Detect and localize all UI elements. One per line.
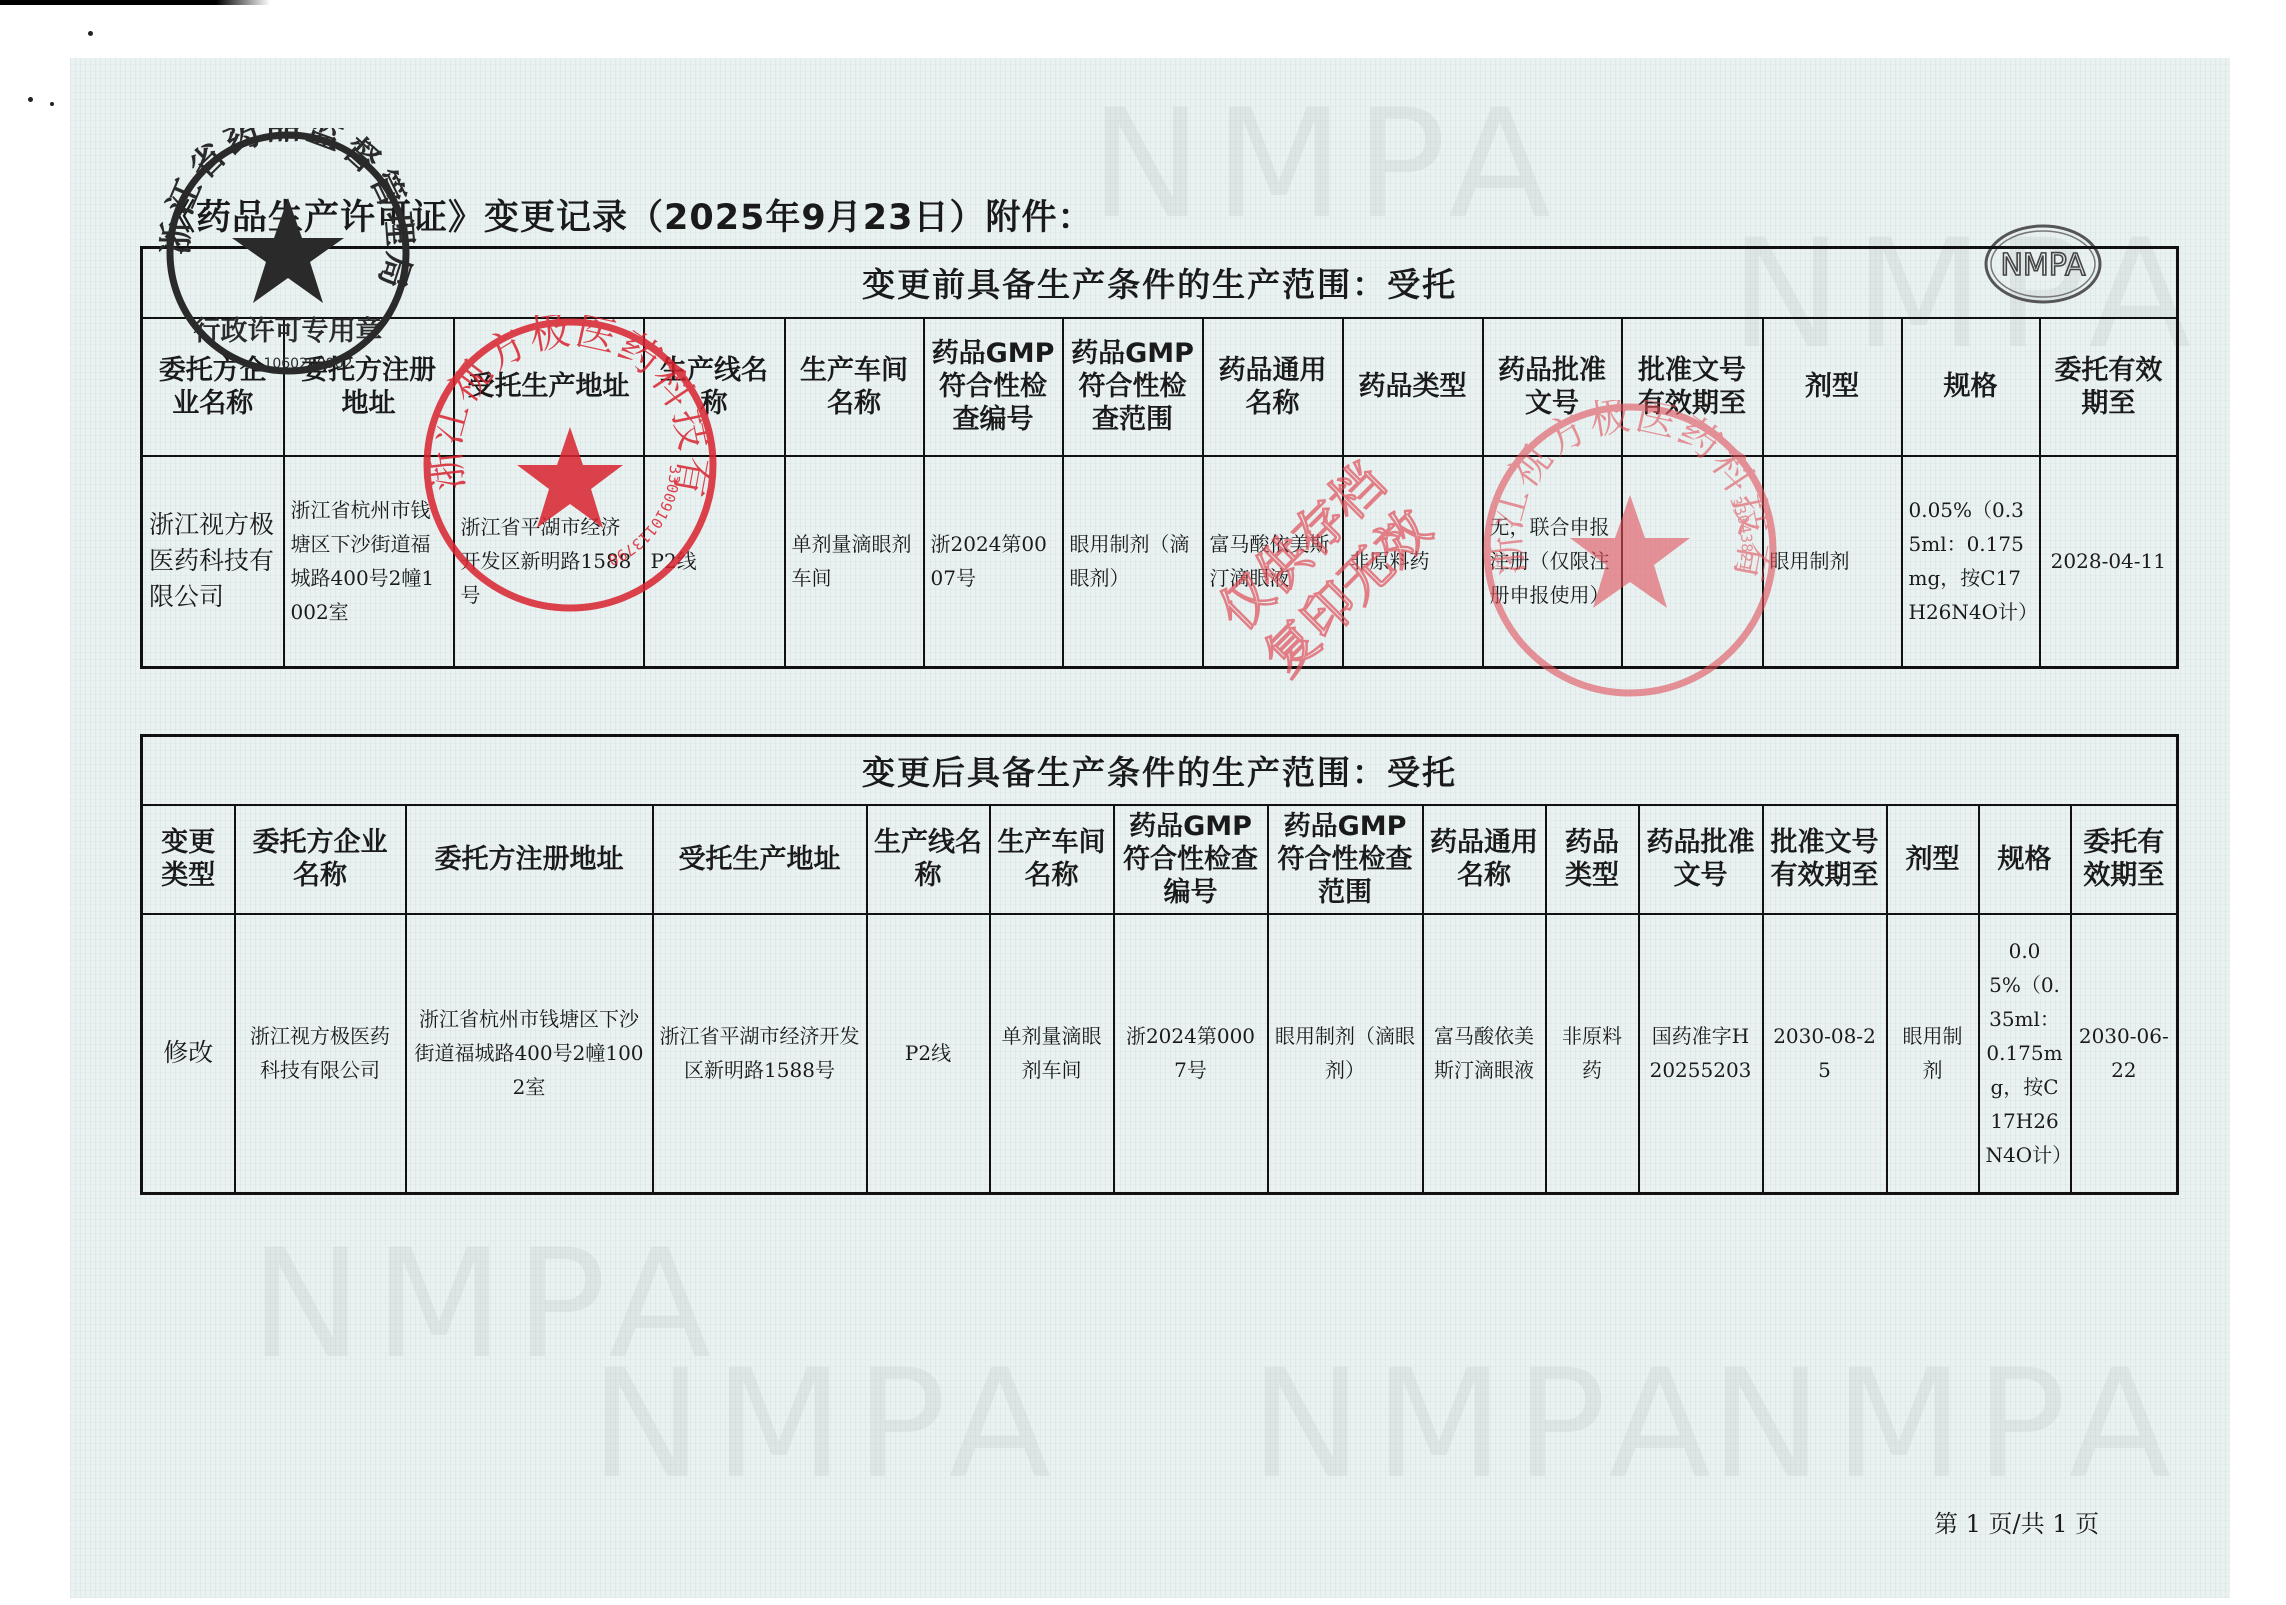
column-header: 受托生产地址 — [454, 318, 644, 456]
column-header: 药品GMP符合性检查编号 — [1114, 805, 1268, 914]
table-cell: 富马酸依美斯汀滴眼液 — [1423, 914, 1546, 1194]
page-number: 第 1 页/共 1 页 — [1934, 1504, 2099, 1539]
watermark: NMPA — [1710, 1338, 2183, 1512]
table-cell: 0.05%（0.35ml：0.175mg，按C17H26N4O计） — [1979, 914, 2071, 1194]
column-header: 规格 — [1979, 805, 2071, 914]
table-cell: 浙江视方极医药科技有限公司 — [142, 456, 284, 668]
column-header: 药品GMP符合性检查范围 — [1268, 805, 1423, 914]
table-cell: 2030-08-25 — [1763, 914, 1887, 1194]
scan-speck — [28, 97, 33, 102]
table-cell: 浙2024第0007号 — [924, 456, 1063, 668]
table-cell: 浙江视方极医药科技有限公司 — [235, 914, 406, 1194]
column-header: 生产车间名称 — [990, 805, 1114, 914]
table-cell: 国药准字H20255203 — [1639, 914, 1763, 1194]
table-cell: 2030-06-22 — [2071, 914, 2178, 1194]
column-header: 药品类型 — [1343, 318, 1483, 456]
table-cell: 非原料药 — [1343, 456, 1483, 668]
column-header: 委托方注册地址 — [406, 805, 653, 914]
column-header: 药品GMP符合性检查范围 — [1063, 318, 1203, 456]
scan-edge — [0, 0, 270, 5]
table-cell — [1622, 456, 1763, 668]
table-cell: 无，联合申报注册（仅限注册申报使用） — [1483, 456, 1622, 668]
table-cell: 2028-04-11 — [2040, 456, 2178, 668]
column-header: 受托生产地址 — [653, 805, 867, 914]
table-cell: 浙江省平湖市经济开发区新明路1588号 — [653, 914, 867, 1194]
column-header: 剂型 — [1887, 805, 1979, 914]
column-header: 委托有效期至 — [2040, 318, 2178, 456]
column-header: 生产车间名称 — [785, 318, 924, 456]
scan-speck — [50, 102, 54, 106]
column-header: 生产线名称 — [644, 318, 785, 456]
table-cell: 浙江省杭州市钱塘区下沙街道福城路400号2幢1002室 — [284, 456, 454, 668]
column-header: 药品GMP符合性检查编号 — [924, 318, 1063, 456]
table-cell: 0.05%（0.35ml：0.175mg，按C17H26N4O计） — [1902, 456, 2040, 668]
column-header: 药品批准文号 — [1483, 318, 1622, 456]
watermark: NMPA — [590, 1338, 1063, 1512]
table-cell: P2线 — [867, 914, 990, 1194]
after-change-table: 变更后具备生产条件的生产范围：受托 变更类型委托方企业名称委托方注册地址受托生产… — [140, 734, 2179, 1195]
table-cell: 浙江省平湖市经济开发区新明路1588号 — [454, 456, 644, 668]
table-row: 浙江视方极医药科技有限公司浙江省杭州市钱塘区下沙街道福城路400号2幢1002室… — [142, 456, 2178, 668]
before-change-table: 变更前具备生产条件的生产范围：受托 委托方企业名称委托方注册地址受托生产地址生产… — [140, 246, 2179, 669]
table-cell: 眼用制剂（滴眼剂） — [1063, 456, 1203, 668]
section-title: 变更前具备生产条件的生产范围：受托 — [142, 248, 2178, 318]
table-cell: 浙2024第0007号 — [1114, 914, 1268, 1194]
column-header: 委托有效期至 — [2071, 805, 2178, 914]
watermark: NMPA — [1090, 78, 1563, 252]
section-title: 变更后具备生产条件的生产范围：受托 — [142, 736, 2178, 805]
table-cell: 非原料药 — [1546, 914, 1639, 1194]
table-cell: 眼用制剂 — [1887, 914, 1979, 1194]
column-header: 药品通用名称 — [1423, 805, 1546, 914]
table-cell: 修改 — [142, 914, 235, 1194]
table-cell: P2线 — [644, 456, 785, 668]
table-cell: 眼用制剂（滴眼剂） — [1268, 914, 1423, 1194]
table-row: 修改浙江视方极医药科技有限公司浙江省杭州市钱塘区下沙街道福城路400号2幢100… — [142, 914, 2178, 1194]
table-cell: 富马酸依美斯汀滴眼液 — [1203, 456, 1343, 668]
column-header: 药品类型 — [1546, 805, 1639, 914]
column-header: 委托方企业名称 — [142, 318, 284, 456]
column-header: 剂型 — [1763, 318, 1902, 456]
table-cell: 单剂量滴眼剂车间 — [990, 914, 1114, 1194]
header-row: 委托方企业名称委托方注册地址受托生产地址生产线名称生产车间名称药品GMP符合性检… — [142, 318, 2178, 456]
table-cell: 眼用制剂 — [1763, 456, 1902, 668]
column-header: 批准文号有效期至 — [1763, 805, 1887, 914]
watermark: NMPA — [250, 1218, 723, 1392]
column-header: 规格 — [1902, 318, 2040, 456]
column-header: 变更类型 — [142, 805, 235, 914]
column-header: 批准文号有效期至 — [1622, 318, 1763, 456]
column-header: 委托方企业名称 — [235, 805, 406, 914]
column-header: 药品批准文号 — [1639, 805, 1763, 914]
watermark: NMPA — [1250, 1338, 1723, 1512]
column-header: 生产线名称 — [867, 805, 990, 914]
table-cell: 单剂量滴眼剂车间 — [785, 456, 924, 668]
table-cell: 浙江省杭州市钱塘区下沙街道福城路400号2幢1002室 — [406, 914, 653, 1194]
column-header: 药品通用名称 — [1203, 318, 1343, 456]
scan-speck — [88, 31, 93, 36]
document-title: 《药品生产许可证》变更记录（2025年9月23日）附件： — [160, 190, 1093, 240]
header-row: 变更类型委托方企业名称委托方注册地址受托生产地址生产线名称生产车间名称药品GMP… — [142, 805, 2178, 914]
column-header: 委托方注册地址 — [284, 318, 454, 456]
